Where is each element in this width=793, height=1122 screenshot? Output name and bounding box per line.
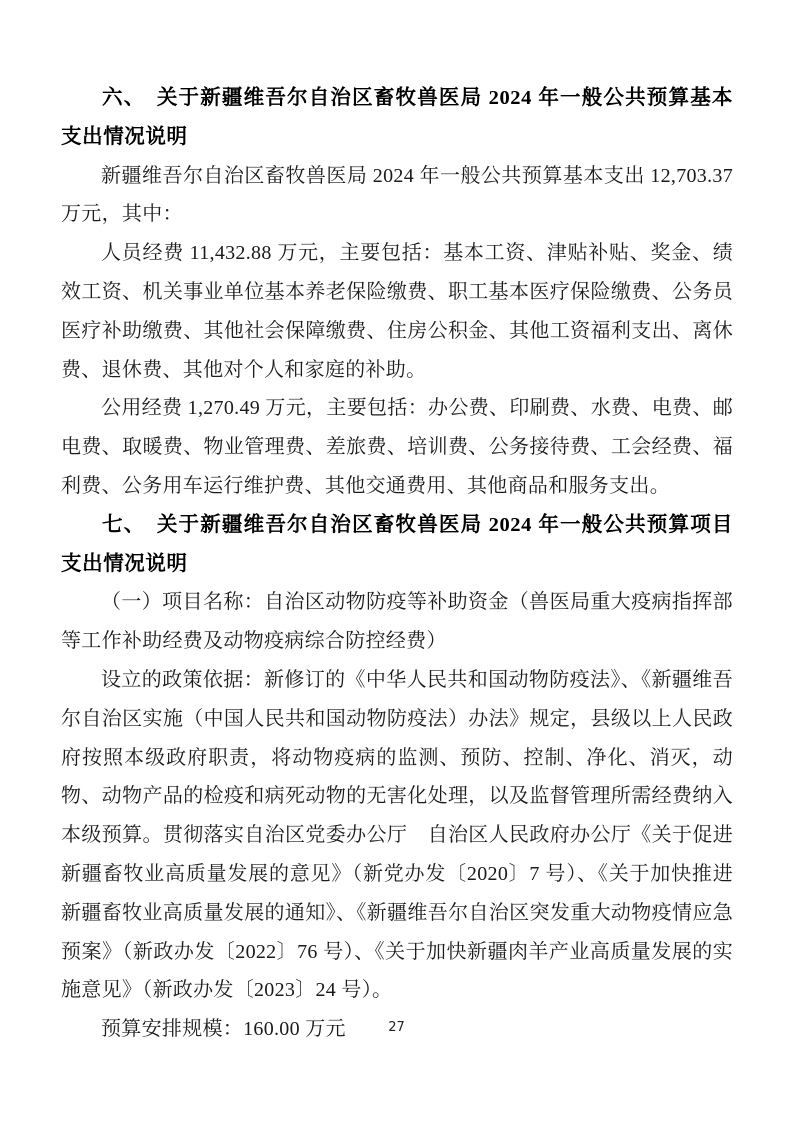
section-seven-heading: 七、 关于新疆维吾尔自治区畜牧兽医局 2024 年一般公共预算项目支出情况说明 — [61, 506, 733, 584]
document-page: 六、 关于新疆维吾尔自治区畜牧兽医局 2024 年一般公共预算基本支出情况说明 … — [0, 0, 793, 1122]
para-policy-basis: 设立的政策依据：新修订的《中华人民共和国动物防疫法》、《新疆维吾尔自治区实施（中… — [61, 661, 733, 1010]
section-six-heading: 六、 关于新疆维吾尔自治区畜牧兽医局 2024 年一般公共预算基本支出情况说明 — [61, 79, 733, 157]
para-project-name: （一）项目名称：自治区动物防疫等补助资金（兽医局重大疫病指挥部等工作补助经费及动… — [61, 583, 733, 661]
document-content: 六、 关于新疆维吾尔自治区畜牧兽医局 2024 年一般公共预算基本支出情况说明 … — [61, 79, 733, 1049]
para-public-funds: 公用经费 1,270.49 万元，主要包括：办公费、印刷费、水费、电费、邮电费、… — [61, 389, 733, 505]
para-basic-expenditure-total: 新疆维吾尔自治区畜牧兽医局 2024 年一般公共预算基本支出 12,703.37… — [61, 157, 733, 235]
page-number: 27 — [0, 1020, 793, 1035]
para-personnel-funds: 人员经费 11,432.88 万元，主要包括：基本工资、津贴补贴、奖金、绩效工资… — [61, 234, 733, 389]
